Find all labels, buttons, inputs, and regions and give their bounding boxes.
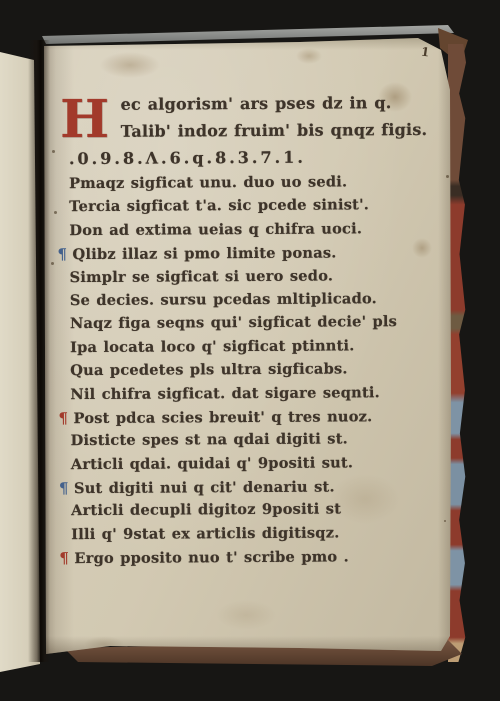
speck	[54, 211, 57, 214]
text-block: ec algorism' ars pses dz in q. Talib' in…	[61, 93, 446, 573]
stain	[296, 48, 322, 64]
text-line: Pmaqz sigficat unu. duo uo sedi.	[61, 173, 443, 199]
text-line-body: Qlibz illaz si pmo limite ponas.	[72, 245, 336, 264]
text-line: ¶Post pdca scies breuit' q tres nuoz.	[62, 407, 444, 433]
manuscript-photo: 1 H ec algorism' ars pses dz in q. Talib…	[0, 0, 500, 701]
stain	[100, 52, 160, 78]
text-line: Naqz figa seqns qui' sigficat decie' pls	[62, 313, 444, 339]
text-line: ¶Sut digiti nui q cit' denariu st.	[63, 477, 445, 503]
text-line: ec algorism' ars pses dz in q.	[61, 93, 443, 122]
text-line: Qua pcedetes pls ultra sigficabs.	[62, 360, 444, 386]
stain	[216, 600, 276, 630]
text-line: ¶Qlibz illaz si pmo limite ponas.	[61, 243, 443, 269]
rubricated-initial-h: H	[60, 92, 109, 148]
gutter-shadow	[28, 40, 50, 662]
text-line: Illi q' 9stat ex articlis digitisqz.	[63, 524, 445, 550]
numerals-line: .0.9.8.Λ.6.q.8.3.7.1.	[61, 147, 443, 175]
text-line: Se decies. sursu pcedas mltiplicado.	[62, 290, 444, 316]
capitulum-mark: ¶	[59, 479, 74, 497]
text-line: Disticte spes st na qdai digiti st.	[63, 430, 445, 456]
capitulum-mark: ¶	[58, 409, 73, 427]
text-line: Nil chifra sigficat. dat sigare seqnti.	[62, 383, 444, 409]
capitulum-mark: ¶	[57, 245, 72, 263]
speck	[446, 175, 449, 178]
text-line: Ipa locata loco q' sigficat ptinnti.	[62, 337, 444, 363]
capitulum-mark: ¶	[59, 549, 74, 567]
text-line-body: Post pdca scies breuit' q tres nuoz.	[73, 408, 372, 427]
text-line: Articli qdai. quidai q' 9positi sut.	[63, 454, 445, 480]
speck	[51, 262, 54, 265]
text-line: Talib' indoz fruim' bis qnqz figis.	[61, 120, 443, 149]
text-line: Don ad extima ueias q chifra uoci.	[61, 220, 443, 246]
text-line: Tercia sigficat t'a. sic pcede sinist'.	[61, 196, 443, 222]
text-line: Articli decupli digitoz 9positi st	[63, 500, 445, 526]
text-line: ¶Ergo pposito nuo t' scribe pmo .	[63, 547, 445, 573]
text-line-body: Sut digiti nui q cit' denariu st.	[74, 479, 335, 498]
text-line: Simplr se sigficat si uero sedo.	[62, 266, 444, 292]
speck	[52, 150, 55, 153]
text-line-body: Ergo pposito nuo t' scribe pmo .	[74, 549, 349, 568]
